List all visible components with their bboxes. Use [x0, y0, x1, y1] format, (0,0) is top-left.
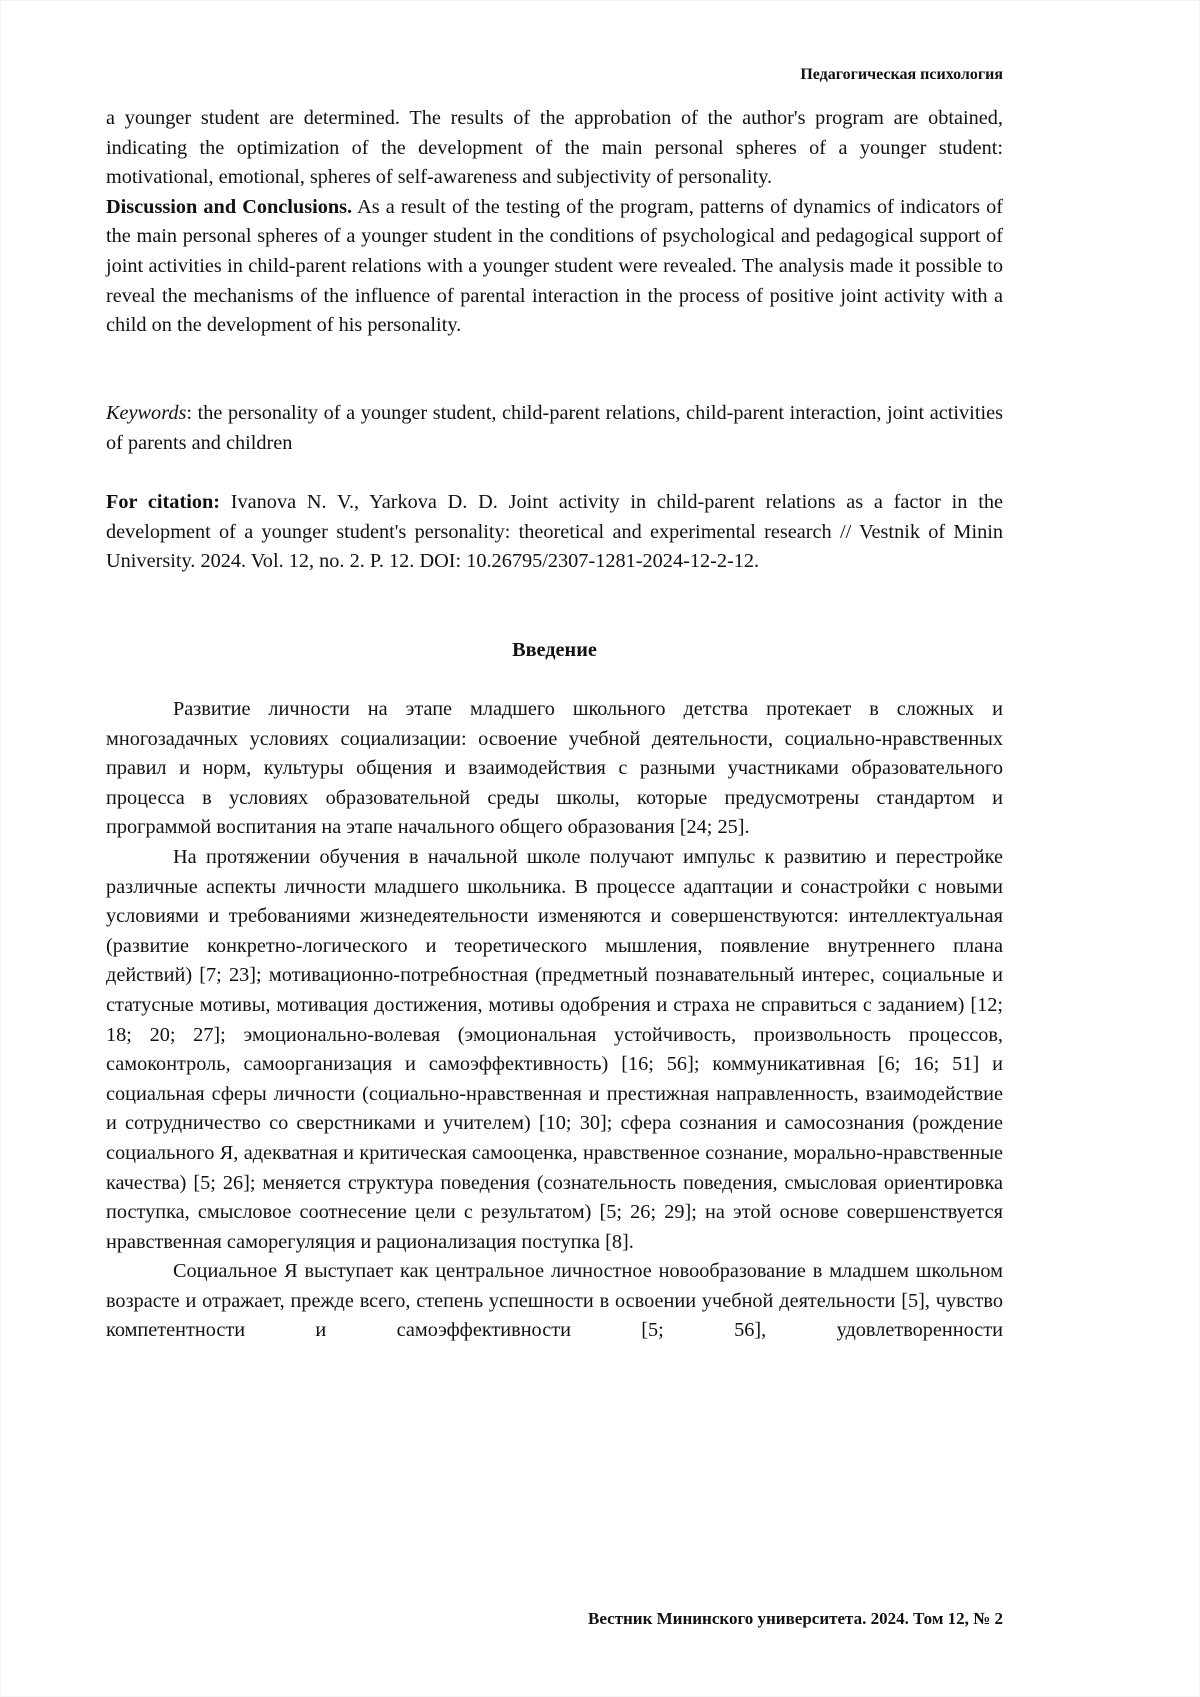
running-header: Педагогическая психология: [800, 66, 1003, 84]
intro-paragraph-3: Социальное Я выступает как центральное л…: [106, 1257, 1003, 1346]
abstract-results-text: a younger student are determined. The re…: [106, 104, 1003, 193]
discussion-label: Discussion and Conclusions.: [106, 196, 352, 218]
citation-block: For citation: Ivanova N. V., Yarkova D. …: [106, 488, 1003, 577]
intro-paragraph-1: Развитие личности на этапе младшего школ…: [106, 695, 1003, 843]
keywords-text: : the personality of a younger student, …: [106, 402, 1003, 454]
section-title-introduction: Введение: [106, 636, 1003, 666]
intro-paragraph-2: На протяжении обучения в начальной школе…: [106, 843, 1003, 1257]
citation-text: Ivanova N. V., Yarkova D. D. Joint activ…: [106, 491, 1003, 572]
citation-label: For citation:: [106, 491, 220, 513]
keywords-block: Keywords: the personality of a younger s…: [106, 399, 1003, 458]
keywords-label: Keywords: [106, 402, 186, 424]
abstract-block: a younger student are determined. The re…: [106, 104, 1003, 341]
running-footer: Вестник Мининского университета. 2024. Т…: [588, 1609, 1003, 1629]
abstract-discussion: Discussion and Conclusions. As a result …: [106, 193, 1003, 341]
introduction-body: Развитие личности на этапе младшего школ…: [106, 695, 1003, 1346]
